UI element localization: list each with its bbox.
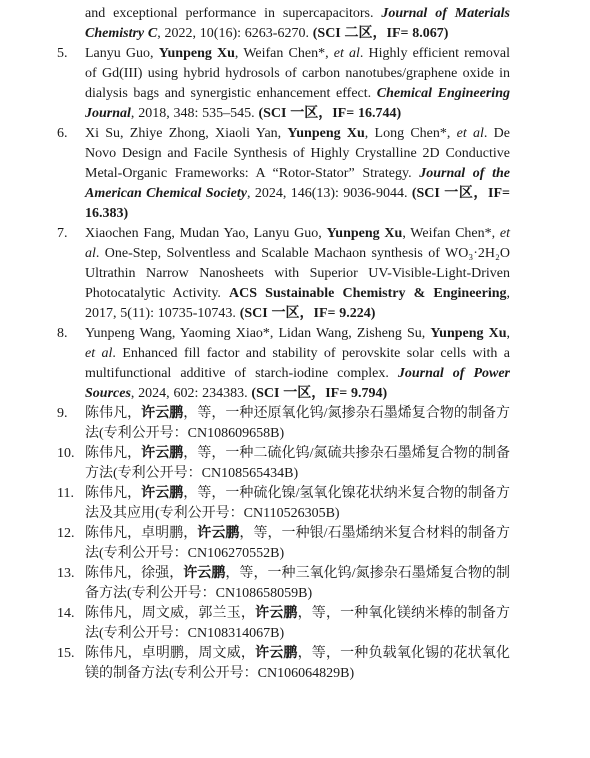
reference-text-segment: Xiaochen Fang, Mudan Yao, Lanyu Guo,: [85, 226, 326, 241]
reference-text-segment: , Weifan Chen*,: [235, 46, 334, 61]
reference-text-segment: et al: [85, 346, 112, 361]
reference-text-segment: Xi Su, Zhiye Zhong, Xiaoli Yan,: [85, 126, 287, 141]
reference-text-segment: (SCI 一区，IF= 9.794): [251, 386, 387, 401]
reference-number: 10.: [57, 444, 85, 464]
reference-text: 陈伟凡，许云鹏，等，一种硫化镍/氢氧化镍花状纳米复合物的制备方法及其应用(专利公…: [85, 484, 510, 524]
reference-text-segment: Yunpeng Xu: [159, 46, 235, 61]
reference-text-segment: 陈伟凡，: [85, 446, 141, 461]
reference-text-segment: 许云鹏: [141, 406, 183, 421]
reference-text-segment: 陈伟凡，: [85, 406, 141, 421]
reference-text-segment: Lanyu Guo,: [85, 46, 159, 61]
reference-item: 5.Lanyu Guo, Yunpeng Xu, Weifan Chen*, e…: [57, 44, 510, 124]
reference-number: 5.: [57, 44, 85, 64]
reference-item: 14.陈伟凡，周文威，郭兰玉，许云鹏，等，一种氧化镁纳米棒的制备方法(专利公开号…: [57, 604, 510, 644]
reference-text-segment: 许云鹏: [141, 446, 183, 461]
reference-text-segment: 许云鹏: [197, 526, 239, 541]
reference-number: 12.: [57, 524, 85, 544]
reference-text-segment: 陈伟凡，卓明鹏，周文威，: [85, 646, 255, 661]
reference-text-segment: Yunpeng Xu: [430, 326, 506, 341]
reference-text-segment: Yunpeng Xu: [287, 126, 364, 141]
reference-text-segment: 许云鹏: [141, 486, 183, 501]
reference-text: 陈伟凡，周文威，郭兰玉，许云鹏，等，一种氧化镁纳米棒的制备方法(专利公开号：CN…: [85, 604, 510, 644]
reference-text-segment: 许云鹏: [255, 646, 298, 661]
reference-text-segment: 许云鹏: [255, 606, 298, 621]
reference-item: 15.陈伟凡，卓明鹏，周文威，许云鹏，等，一种负载氧化锡的花状氧化镁的制备方法(…: [57, 644, 510, 684]
reference-text-segment: Yunpeng Xu: [326, 226, 402, 241]
reference-text-segment: 陈伟凡，周文威，郭兰玉，: [85, 606, 255, 621]
reference-text-segment: et al: [457, 126, 484, 141]
reference-text-segment: and exceptional performance in supercapa…: [85, 6, 381, 21]
reference-text: Lanyu Guo, Yunpeng Xu, Weifan Chen*, et …: [85, 44, 510, 124]
reference-item: 8.Yunpeng Wang, Yaoming Xiao*, Lidan Wan…: [57, 324, 510, 404]
reference-text-segment: (SCI 二区，IF= 8.067): [313, 26, 449, 41]
reference-text-segment: ,: [507, 326, 511, 341]
reference-number: 9.: [57, 404, 85, 424]
reference-text: 陈伟凡，徐强，许云鹏，等，一种三氧化钨/氮掺杂石墨烯复合物的制备方法(专利公开号…: [85, 564, 510, 604]
reference-text-segment: , Long Chen*,: [365, 126, 457, 141]
reference-number: 6.: [57, 124, 85, 144]
reference-text: 陈伟凡，卓明鹏，许云鹏，等，一种银/石墨烯纳米复合材料的制备方法(专利公开号：C…: [85, 524, 510, 564]
reference-text: 陈伟凡，许云鹏，等，一种二硫化钨/氮硫共掺杂石墨烯复合物的制备方法(专利公开号：…: [85, 444, 510, 484]
reference-text: 陈伟凡，卓明鹏，周文威，许云鹏，等，一种负载氧化锡的花状氧化镁的制备方法(专利公…: [85, 644, 510, 684]
reference-text: 陈伟凡，许云鹏，等，一种还原氧化钨/氮掺杂石墨烯复合物的制备方法(专利公开号：C…: [85, 404, 510, 444]
reference-number: 13.: [57, 564, 85, 584]
reference-number: 15.: [57, 644, 85, 664]
reference-text-segment: ACS Sustainable Chemistry & Engineering: [229, 286, 506, 301]
reference-item: 6.Xi Su, Zhiye Zhong, Xiaoli Yan, Yunpen…: [57, 124, 510, 224]
reference-text-segment: (SCI 一区，IF= 9.224): [240, 306, 376, 321]
reference-text: Xi Su, Zhiye Zhong, Xiaoli Yan, Yunpeng …: [85, 124, 510, 224]
reference-text-segment: , 2024, 602: 234383.: [131, 386, 252, 401]
reference-text-segment: 陈伟凡，: [85, 486, 141, 501]
reference-number: 11.: [57, 484, 85, 504]
reference-number: 8.: [57, 324, 85, 344]
reference-text-segment: , 2022, 10(16): 6263-6270.: [157, 26, 313, 41]
reference-item: 13.陈伟凡，徐强，许云鹏，等，一种三氧化钨/氮掺杂石墨烯复合物的制备方法(专利…: [57, 564, 510, 604]
reference-item: 9.陈伟凡，许云鹏，等，一种还原氧化钨/氮掺杂石墨烯复合物的制备方法(专利公开号…: [57, 404, 510, 444]
reference-text-segment: , Weifan Chen*,: [402, 226, 500, 241]
reference-text: Yunpeng Wang, Yaoming Xiao*, Lidan Wang,…: [85, 324, 510, 404]
reference-number: 14.: [57, 604, 85, 624]
reference-item: and exceptional performance in supercapa…: [57, 4, 510, 44]
document-page: and exceptional performance in supercapa…: [0, 0, 590, 758]
reference-item: 7.Xiaochen Fang, Mudan Yao, Lanyu Guo, Y…: [57, 224, 510, 324]
reference-text: and exceptional performance in supercapa…: [85, 4, 510, 44]
reference-text-segment: 许云鹏: [183, 566, 225, 581]
reference-item: 11.陈伟凡，许云鹏，等，一种硫化镍/氢氧化镍花状纳米复合物的制备方法及其应用(…: [57, 484, 510, 524]
reference-text-segment: et al: [334, 46, 360, 61]
reference-text-segment: , 2018, 348: 535–545.: [131, 106, 259, 121]
reference-text-segment: 陈伟凡，徐强，: [85, 566, 183, 581]
reference-list: and exceptional performance in supercapa…: [57, 4, 510, 684]
reference-number: 7.: [57, 224, 85, 244]
reference-item: 10.陈伟凡，许云鹏，等，一种二硫化钨/氮硫共掺杂石墨烯复合物的制备方法(专利公…: [57, 444, 510, 484]
reference-text-segment: (SCI 一区，IF= 16.744): [258, 106, 401, 121]
reference-text-segment: 陈伟凡，卓明鹏，: [85, 526, 197, 541]
reference-text: Xiaochen Fang, Mudan Yao, Lanyu Guo, Yun…: [85, 224, 510, 324]
reference-item: 12.陈伟凡，卓明鹏，许云鹏，等，一种银/石墨烯纳米复合材料的制备方法(专利公开…: [57, 524, 510, 564]
reference-text-segment: Yunpeng Wang, Yaoming Xiao*, Lidan Wang,…: [85, 326, 430, 341]
reference-text-segment: , 2024, 146(13): 9036-9044.: [247, 186, 412, 201]
